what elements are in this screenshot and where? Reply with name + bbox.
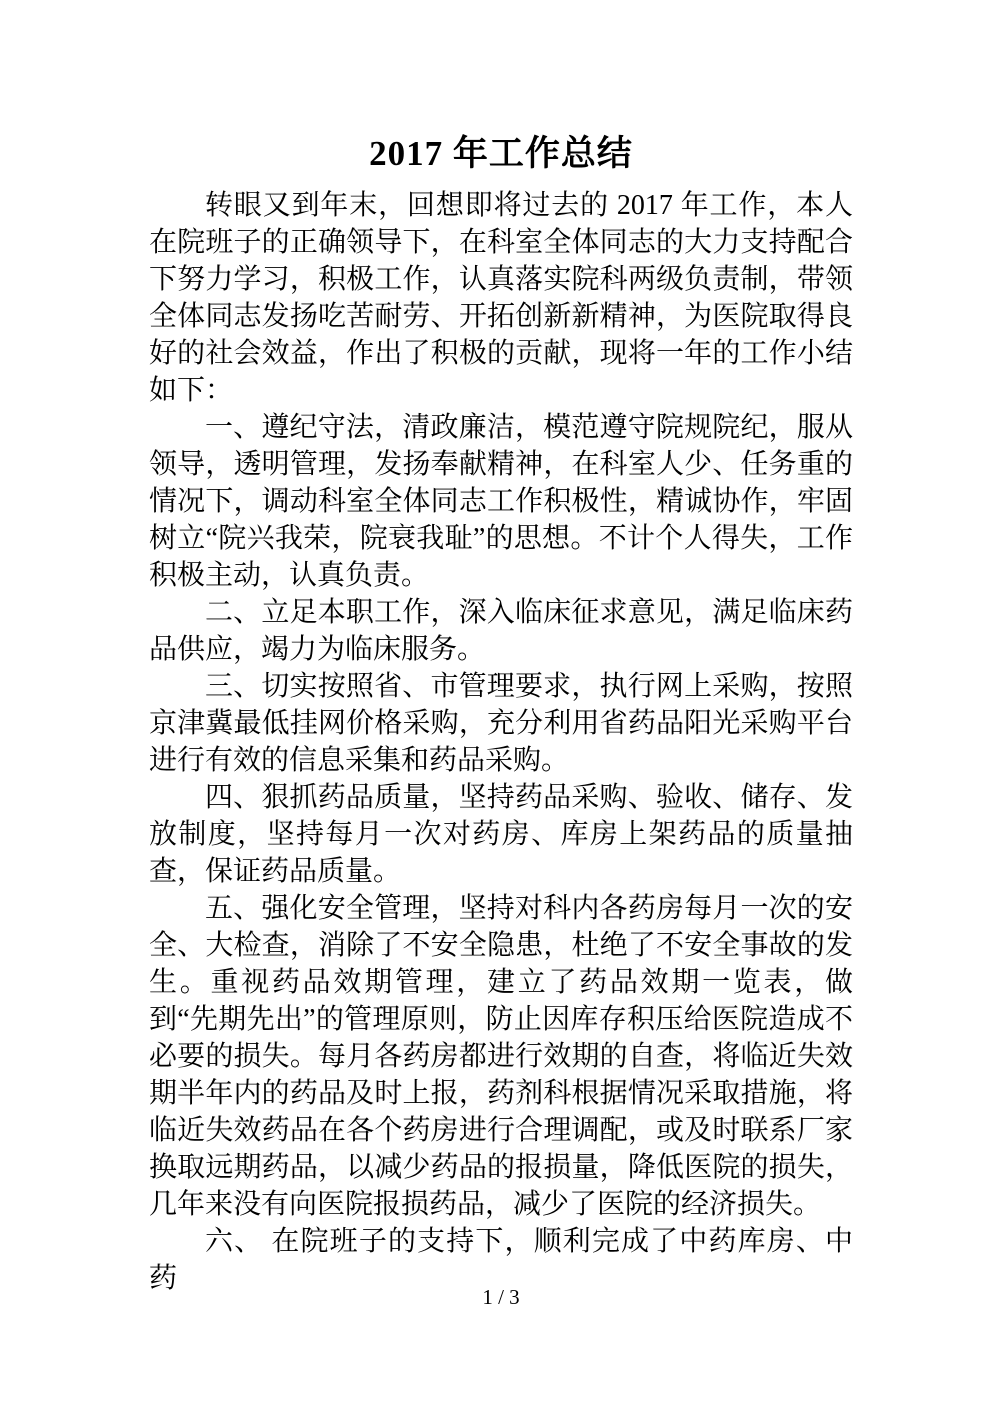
paragraph-section-5: 五、强化安全管理，坚持对科内各药房每月一次的安全、大检查，消除了不安全隐患，杜绝…	[149, 890, 853, 1223]
page-number: 1 / 3	[149, 1283, 853, 1311]
paragraph-section-3: 三、切实按照省、市管理要求，执行网上采购，按照京津冀最低挂网价格采购，充分利用省…	[149, 668, 853, 779]
paragraph-section-4: 四、狠抓药品质量，坚持药品采购、验收、储存、发放制度，坚持每月一次对药房、库房上…	[149, 779, 853, 890]
document-content: 2017 年工作总结 转眼又到年末，回想即将过去的 2017 年工作，本人在院班…	[149, 131, 853, 1297]
paragraph-section-1: 一、遵纪守法，清政廉洁，模范遵守院规院纪，服从领导，透明管理，发扬奉献精神，在科…	[149, 409, 853, 594]
paragraph-intro: 转眼又到年末，回想即将过去的 2017 年工作，本人在院班子的正确领导下，在科室…	[149, 187, 853, 409]
paragraph-section-2: 二、立足本职工作，深入临床征求意见，满足临床药品供应，竭力为临床服务。	[149, 594, 853, 668]
document-title: 2017 年工作总结	[149, 131, 853, 177]
document-page: 2017 年工作总结 转眼又到年末，回想即将过去的 2017 年工作，本人在院班…	[0, 0, 1000, 1415]
